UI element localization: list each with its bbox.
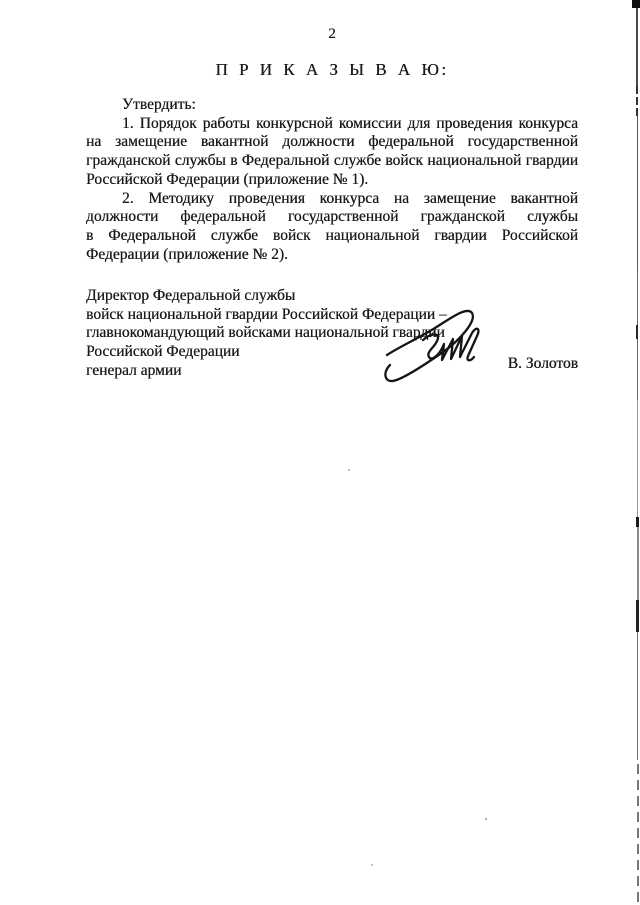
scan-edge-artifact [637,116,639,270]
scan-edge-artifact [632,0,640,8]
paragraph-line: на замещение вакантной должности федерал… [86,133,578,152]
paragraph-line: гражданской службы в Федеральной службе … [86,152,578,171]
scan-edge-artifact [637,270,639,325]
scan-edge-artifact [636,97,639,105]
scan-edge-artifact [636,108,639,116]
paragraph-line: 1. Порядок работы конкурсной комиссии дл… [86,115,578,134]
document-page: 2 П Р И К А З Ы В А Ю: Утвердить: 1. Пор… [0,0,640,905]
scan-speck [485,818,487,820]
scan-edge-artifact [637,860,639,870]
scan-edge-artifact [637,400,638,517]
order-heading: П Р И К А З Ы В А Ю: [86,60,578,80]
scan-edge-artifact [637,844,639,854]
body-text: Утвердить: 1. Порядок работы конкурсной … [86,96,578,264]
paragraph-line: Федерации (приложение № 2). [86,246,578,265]
scan-edge-artifact [637,764,639,774]
scan-edge-artifact [636,325,639,339]
handwritten-signature-icon [353,297,508,392]
scan-edge-artifact [637,527,639,600]
scan-edge-artifact [637,892,639,902]
scan-speck [371,864,373,866]
paragraph-line: 2. Методику проведения конкурса на замещ… [86,190,578,209]
paragraph-line: в Федеральной службе войск национальной … [86,227,578,246]
scan-edge-artifact [637,632,639,760]
page-number: 2 [86,26,578,43]
scan-edge-artifact [637,812,639,822]
scan-edge-artifact [636,86,639,94]
scan-edge-artifact [637,828,639,838]
scan-edge-artifact [636,600,639,632]
scan-speck [348,469,350,471]
scan-edge-artifact [636,517,639,527]
scan-edge-artifact [637,876,639,886]
scan-edge-artifact [636,8,638,86]
scan-edge-artifact [637,339,639,400]
paragraph-line: должности федеральной государственной гр… [86,208,578,227]
scan-edge-artifact [637,780,639,790]
paragraph-line: Российской Федерации (приложение № 1). [86,171,578,190]
scan-edge-artifact [637,796,639,806]
approve-line: Утвердить: [86,96,578,115]
